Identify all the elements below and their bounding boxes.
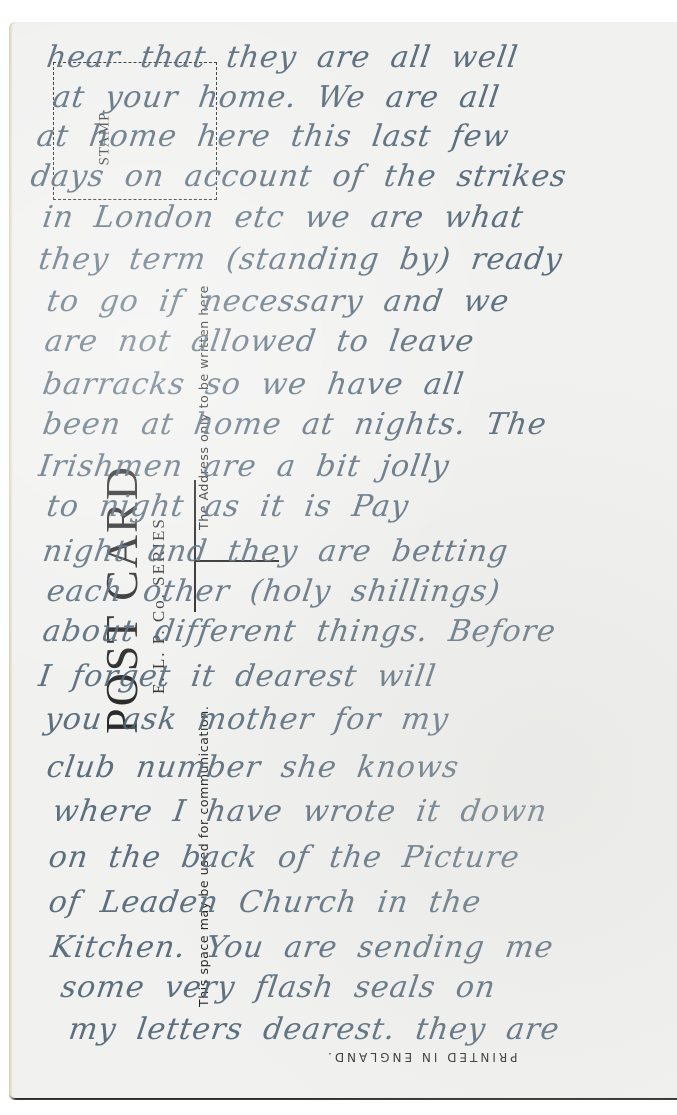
handwriting-line: about different things. Before [41, 614, 559, 649]
handwriting-line: in London etc we are what [41, 200, 526, 235]
handwriting-line: night and they are betting [41, 534, 511, 569]
handwriting-line: hear that they are all well [45, 40, 521, 75]
handwriting-line: I forget it dearest will [37, 659, 439, 694]
handwriting-line: Irishmen are a bit jolly [37, 449, 452, 484]
handwriting-line: at home here this last few [35, 119, 512, 154]
handwriting-line: of Leaden Church in the [47, 885, 484, 920]
printed-in-england: PRINTED IN ENGLAND. [325, 1050, 517, 1064]
handwriting-line: are not allowed to leave [43, 324, 477, 359]
handwriting-line: barracks so we have all [41, 367, 467, 402]
handwriting-line: where I have wrote it down [51, 794, 550, 829]
handwriting-line: on the back of the Picture [47, 840, 523, 875]
handwriting-line: been at home at nights. The [41, 407, 550, 442]
handwriting-line: club number she knows [45, 750, 462, 785]
handwriting-line: days on account of the strikes [29, 159, 570, 194]
handwriting-line: to go if necessary and we [45, 284, 512, 319]
postcard-back: STAMP POST CARD E. L. P. Co. SERIES. The… [9, 22, 677, 1100]
handwriting-line: they term (standing by) ready [37, 242, 565, 277]
handwriting-line: you ask mother for my [43, 702, 452, 737]
handwriting-line: my letters dearest. they are [67, 1012, 562, 1047]
handwriting-line: Kitchen. You are sending me [49, 930, 556, 965]
handwriting-line: at your home. We are all [51, 80, 503, 115]
handwriting-line: some very flash seals on [59, 970, 498, 1005]
handwriting-line: to night as it is Pay [45, 489, 412, 524]
handwriting-line: each other (holy shillings) [45, 574, 503, 609]
